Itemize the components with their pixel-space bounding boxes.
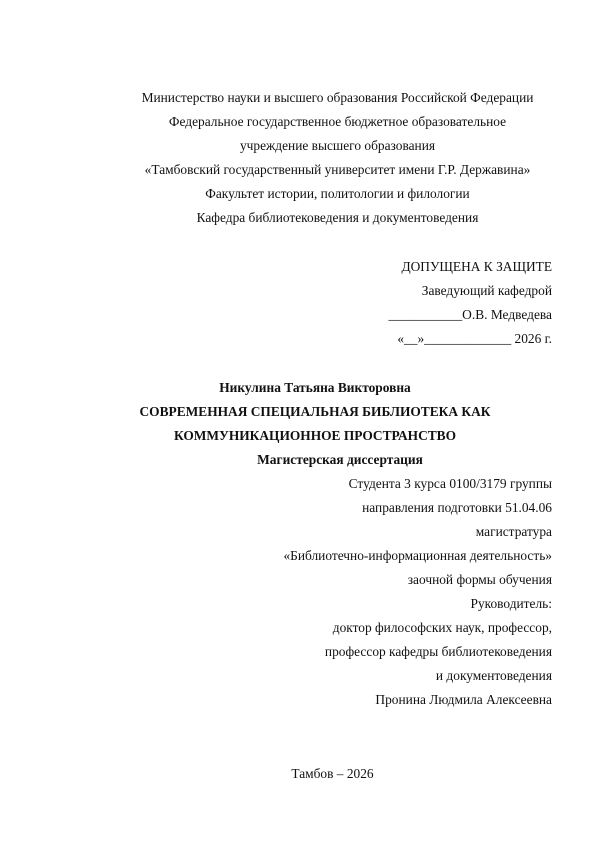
author-name: Никулина Татьяна Викторовна — [0, 380, 595, 396]
approval-position: Заведующий кафедрой — [422, 283, 552, 299]
city-year: Тамбов – 2026 — [0, 766, 595, 782]
study-program: «Библиотечно-информационная деятельность… — [283, 548, 552, 564]
study-direction: направления подготовки 51.04.06 — [362, 500, 552, 516]
student-group: Студента 3 курса 0100/3179 группы — [349, 476, 552, 492]
university-type-line-2: учреждение высшего образования — [0, 138, 595, 154]
supervisor-position-2: и документоведения — [436, 668, 552, 684]
supervisor-label: Руководитель: — [471, 596, 553, 612]
faculty-name: Факультет истории, политологии и филолог… — [0, 186, 595, 202]
supervisor-degree: доктор философских наук, профессор, — [333, 620, 552, 636]
study-form: заочной формы обучения — [408, 572, 552, 588]
department-name: Кафедра библиотековедения и документовед… — [0, 210, 595, 226]
supervisor-name: Пронина Людмила Алексеевна — [375, 692, 552, 708]
approval-heading: ДОПУЩЕНА К ЗАЩИТЕ — [401, 259, 552, 275]
ministry-line: Министерство науки и высшего образования… — [0, 90, 595, 106]
approval-signature: ___________О.В. Медведева — [389, 307, 552, 323]
thesis-title-line-1: СОВРЕМЕННАЯ СПЕЦИАЛЬНАЯ БИБЛИОТЕКА КАК — [0, 404, 595, 420]
university-type-line: Федеральное государственное бюджетное об… — [0, 114, 595, 130]
thesis-type: Магистерская диссертация — [0, 452, 595, 468]
approval-date: «__»_____________ 2026 г. — [397, 331, 552, 347]
university-name: «Тамбовский государственный университет … — [0, 162, 595, 178]
thesis-title-line-2: КОММУНИКАЦИОННОЕ ПРОСТРАНСТВО — [0, 428, 595, 444]
study-level: магистратура — [476, 524, 552, 540]
supervisor-position: профессор кафедры библиотековедения — [325, 644, 552, 660]
